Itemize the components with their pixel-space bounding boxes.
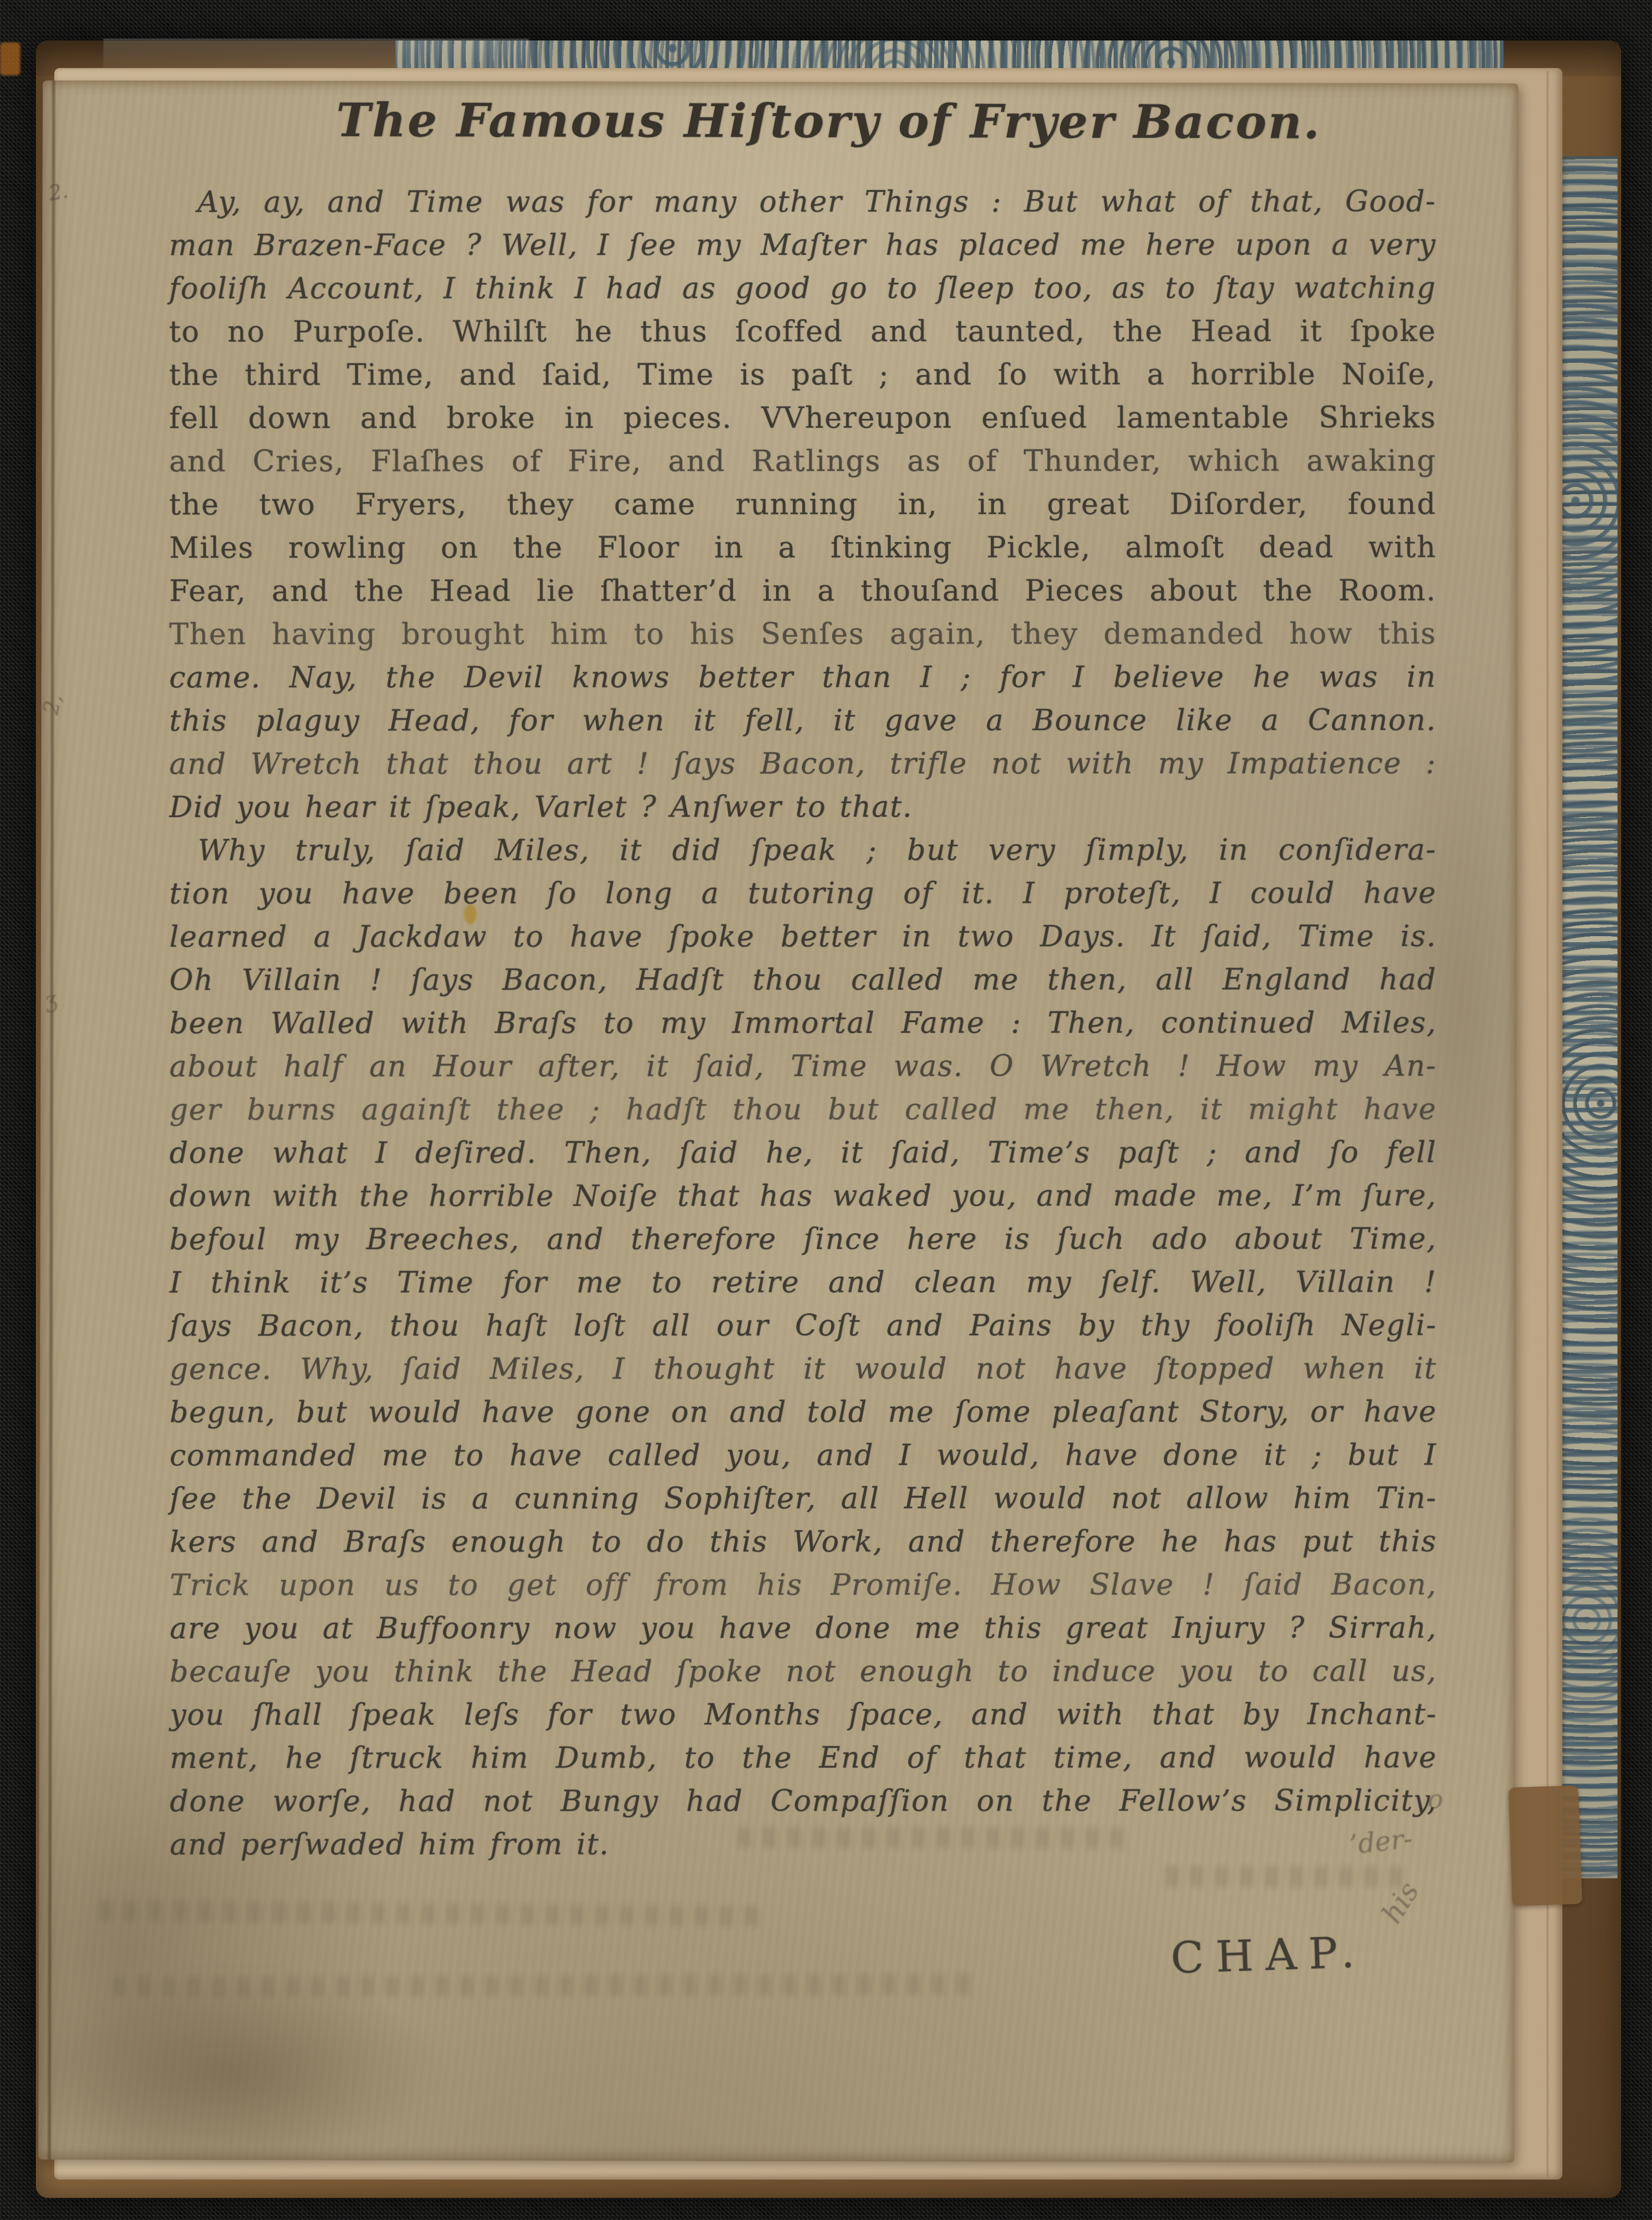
showthrough-smudge (112, 1974, 977, 1997)
body-lines: Ay, ay, and Time was for many other Thin… (169, 180, 1437, 1866)
text-line: fooliſh Account, I think I had as good g… (169, 266, 1436, 310)
text-line: you ſhall ſpeak leſs for two Months ſpac… (170, 1693, 1437, 1736)
text-line: Why truly, ſaid Miles, it did ſpeak ; bu… (169, 828, 1436, 872)
text-line: man Brazen-Face ? Well, I ſee my Maſter … (169, 223, 1436, 267)
text-line: Ay, ay, and Time was for many other Thin… (169, 180, 1436, 223)
text-line: ment, he ſtruck him Dumb, to the End of … (170, 1736, 1437, 1779)
text-line: ſays Bacon, thou haſt loſt all our Coſt … (170, 1304, 1437, 1347)
paper-stain (11, 1975, 452, 2174)
text-line: fell down and broke in pieces. VVhereupo… (169, 396, 1436, 440)
text-line: are you at Buffoonry now you have done m… (170, 1606, 1437, 1650)
text-line: the third Time, and ſaid, Time is paſt ;… (169, 353, 1436, 396)
text-line: and Cries, Flaſhes of Fire, and Ratlings… (169, 439, 1436, 483)
text-line: came. Nay, the Devil knows better than I… (169, 655, 1436, 699)
margin-ink-mark: 2. (47, 179, 70, 205)
page-title: The Famous Hiſtory of Fryer Bacon. (226, 92, 1431, 149)
marbled-paper-right-edge (1561, 156, 1618, 1878)
text-line: ſee the Devil is a cunning Sophiſter, al… (170, 1476, 1437, 1520)
tape-repair-strip (103, 39, 529, 71)
frayed-corner-fragment (0, 42, 20, 75)
leather-repair-patch (1509, 1785, 1583, 1906)
text-line: Then having brought him to his Senſes ag… (169, 612, 1436, 656)
text-line: Trick upon us to get off from his Promiſ… (170, 1563, 1437, 1607)
text-line: and perſwaded him from it. (170, 1822, 1437, 1866)
book-page: The Famous Hiſtory of Fryer Bacon. Ay, a… (38, 80, 1518, 2163)
text-line: learned a Jackdaw to have ſpoke better i… (169, 915, 1436, 958)
catchword-chap: CHAP. (1170, 1927, 1367, 1984)
text-line: done what I deſired. Then, ſaid he, it ſ… (170, 1131, 1437, 1174)
text-line: I think it’s Time for me to retire and c… (170, 1260, 1437, 1304)
text-line: tion you have been ſo long a tutoring of… (169, 871, 1436, 915)
text-line: gence. Why, ſaid Miles, I thought it wou… (170, 1347, 1437, 1390)
margin-ink-mark: 2, (38, 692, 67, 717)
showthrough-text: his (1375, 1876, 1426, 1929)
text-line: Fear, and the Head lie ſhatter’d in a th… (169, 569, 1436, 612)
text-line: kers and Braſs enough to do this Work, a… (170, 1520, 1437, 1563)
scan-background-cloth: The Famous Hiſtory of Fryer Bacon. Ay, a… (0, 0, 1652, 2220)
text-line: down with the horrible Noiſe that has wa… (170, 1174, 1437, 1218)
text-line: been Walled with Braſs to my Immortal Fa… (169, 1001, 1436, 1045)
text-line: becauſe you think the Head ſpoke not eno… (170, 1649, 1437, 1693)
showthrough-smudge (1166, 1866, 1405, 1888)
text-line: Oh Villain ! ſays Bacon, Hadſt thou call… (169, 958, 1436, 1001)
text-line: Did you hear it ſpeak, Varlet ? Anſwer t… (169, 785, 1436, 829)
text-line: about half an Hour after, it ſaid, Time … (169, 1044, 1436, 1088)
text-line: and Wretch that thou art ! ſays Bacon, t… (169, 742, 1436, 785)
text-line: ger burns againſt thee ; hadſt thou but … (170, 1087, 1437, 1131)
text-line: this plaguy Head, for when it fell, it g… (169, 698, 1436, 742)
text-line: to no Purpoſe. Whilſt he thus ſcoffed an… (169, 309, 1436, 353)
showthrough-text: ’der- (1348, 1823, 1414, 1860)
text-line: begun, but would have gone on and told m… (170, 1390, 1437, 1434)
text-line: Miles rowling on the Floor in a ſtinking… (169, 526, 1436, 569)
text-line: done worſe, had not Bungy had Compaſſion… (170, 1779, 1437, 1823)
text-line: the two Fryers, they came running in, in… (169, 482, 1436, 526)
showthrough-text: o (1428, 1785, 1443, 1814)
margin-ink-mark: ʒ (41, 986, 60, 1014)
text-line: commanded me to have called you, and I w… (170, 1433, 1437, 1477)
showthrough-smudge (98, 1900, 765, 1927)
text-line: befoul my Breeches, and therefore ſince … (170, 1217, 1437, 1261)
